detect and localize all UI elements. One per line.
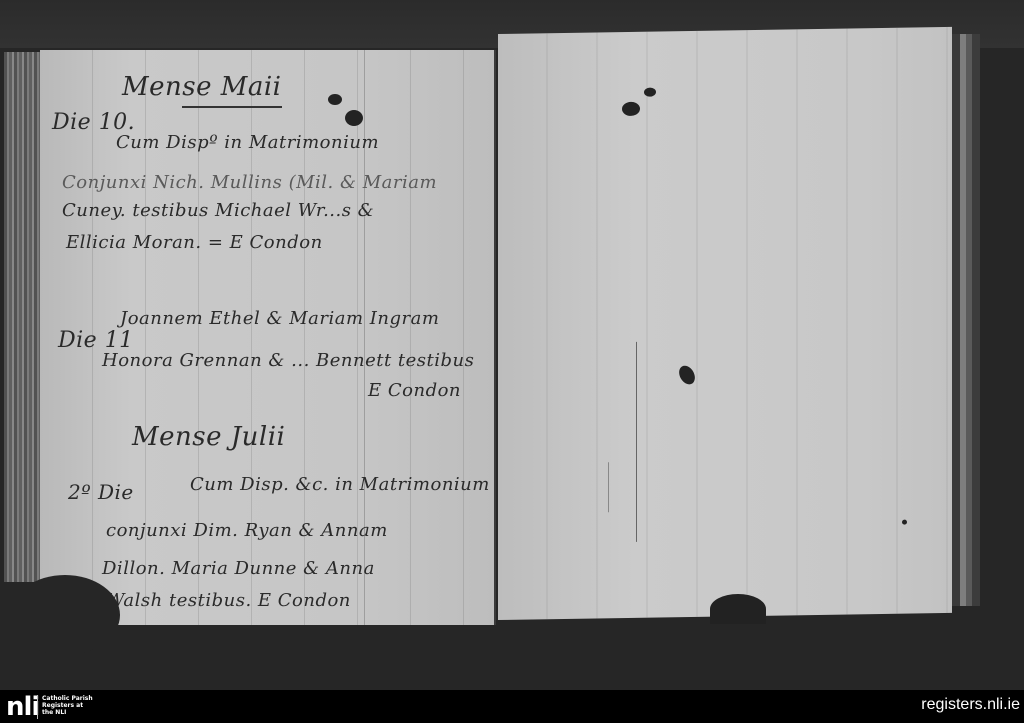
site-link[interactable]: registers.nli.ie [921, 696, 1020, 714]
ink-speck [902, 520, 907, 525]
heading-underline [182, 106, 282, 108]
left-page-edges [4, 52, 44, 582]
ruled-margin-line [636, 342, 637, 542]
register-image-viewer[interactable]: Mense Maii Die 10. Cum Dispº in Matrimon… [0, 0, 1024, 690]
logo-divider [37, 695, 38, 719]
entry-line: Conjunxi Nich. Mullins (Mil. & Mariam [62, 172, 437, 193]
entry-line: Cum Disp. &c. in Matrimonium [190, 474, 490, 495]
footer-bar: nli Catholic Parish Registers at the NLI… [0, 690, 1024, 723]
ink-blot [345, 110, 363, 126]
entry-line: Walsh testibus. E Condon [106, 590, 351, 611]
entry-signature: E Condon [368, 380, 461, 401]
entry-line: Cuney. testibus Michael Wr...s & [62, 200, 374, 221]
left-page: Mense Maii Die 10. Cum Dispº in Matrimon… [40, 50, 496, 625]
right-page-edges [952, 34, 980, 606]
caption-line: Catholic Parish [42, 695, 93, 702]
thumb-holding-page [710, 594, 766, 624]
caption-line: Registers at [42, 702, 93, 709]
nli-caption: Catholic Parish Registers at the NLI [42, 695, 93, 716]
entry-date-label: 2º Die [68, 480, 134, 504]
ink-blot [676, 363, 698, 387]
ruled-margin-line [608, 462, 609, 512]
entry-line: Cum Dispº in Matrimonium [116, 132, 379, 153]
entry-line: Ellicia Moran. = E Condon [66, 232, 323, 253]
entry-line: conjunxi Dim. Ryan & Annam [106, 520, 388, 541]
entry-line: Joannem Ethel & Mariam Ingram [120, 308, 439, 329]
ink-blot [328, 94, 342, 105]
heading-mense-julii: Mense Julii [132, 422, 285, 452]
ink-blot [622, 102, 640, 116]
entry-line: Dillon. Maria Dunne & Anna [102, 558, 375, 579]
nli-logo[interactable]: nli [6, 694, 39, 720]
heading-mense-maii: Mense Maii [122, 72, 282, 102]
right-page-blank [498, 27, 952, 620]
ink-blot [644, 88, 656, 97]
caption-line: the NLI [42, 709, 93, 716]
entry-line: Honora Grennan & ... Bennett testibus [102, 350, 474, 371]
